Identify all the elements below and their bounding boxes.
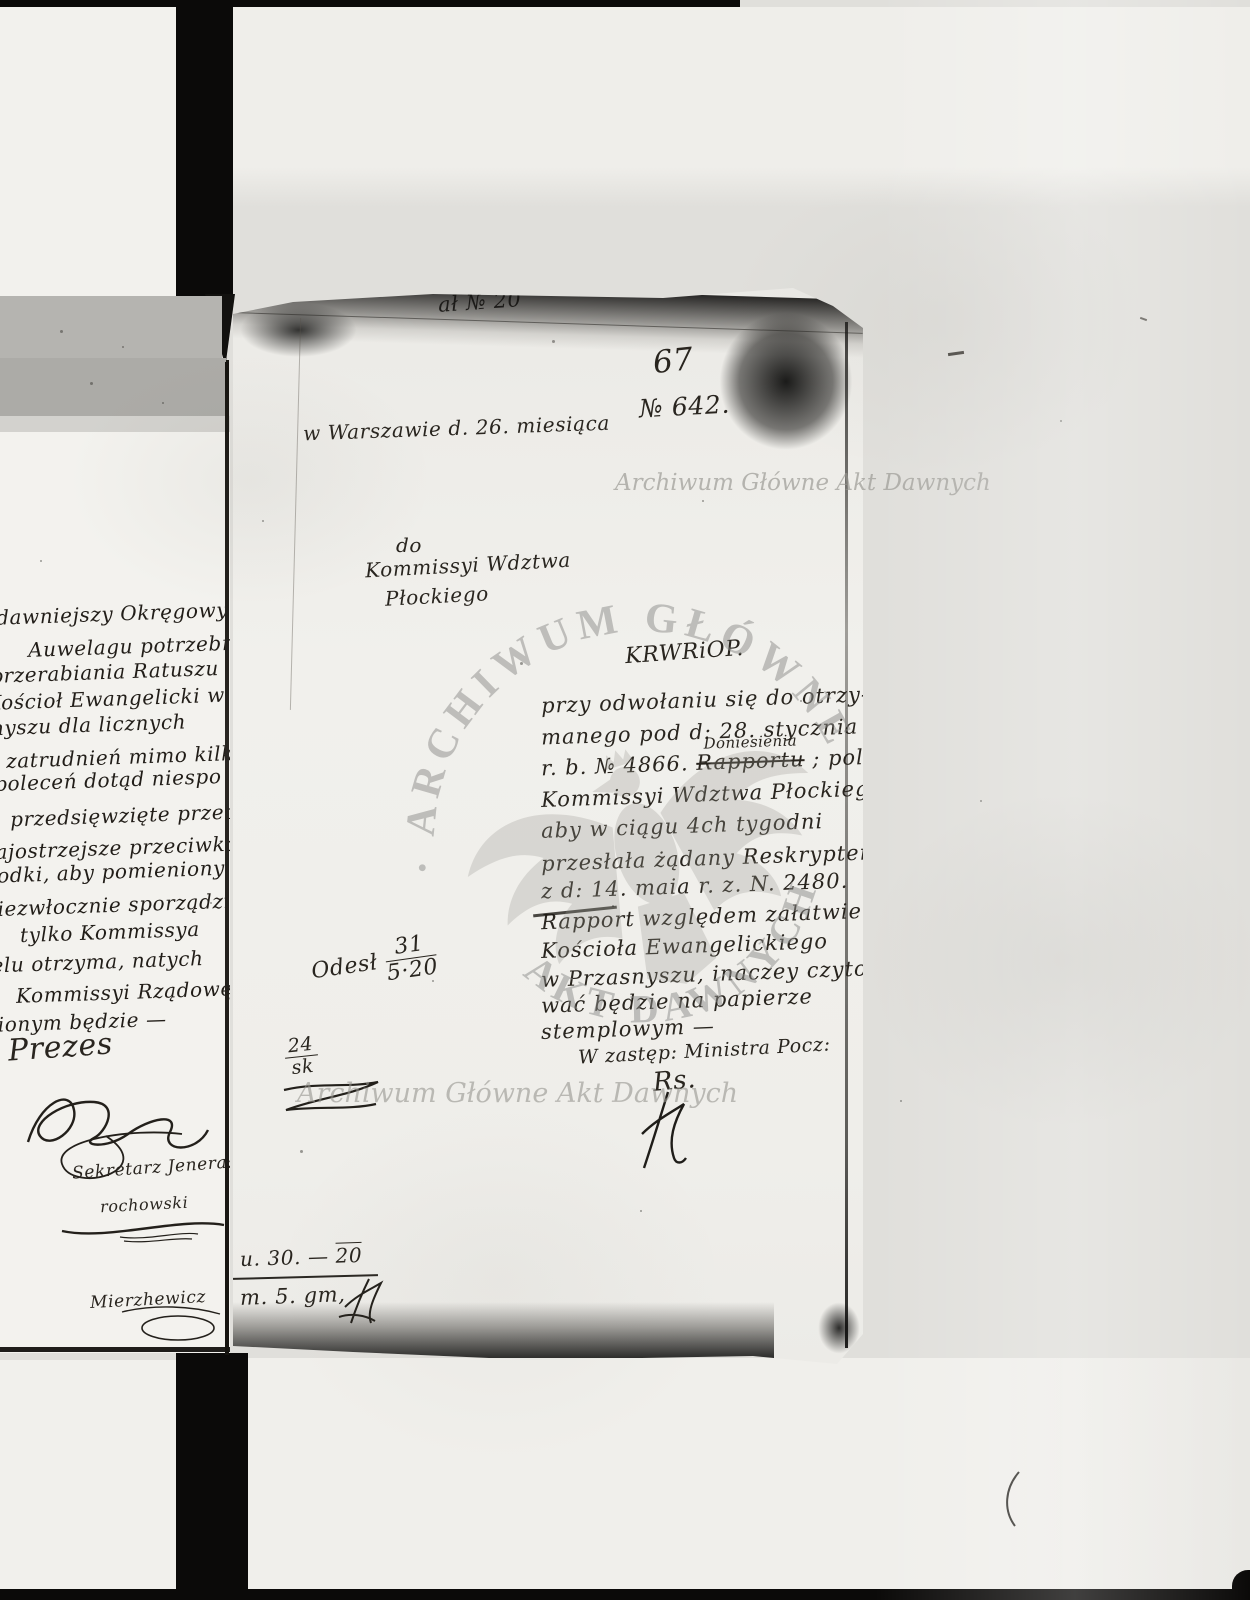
left-line: delu otrzyma, natych — [0, 946, 204, 978]
left-page: dawniejszy Okręgowy poleco— Auwelagu pot… — [0, 432, 230, 1353]
footer-paraph — [331, 1273, 393, 1329]
page-crease — [290, 318, 301, 710]
film-divider-bar-top — [176, 0, 233, 296]
left-line: tylko Kommissya — [20, 917, 201, 947]
film-top-white-band — [233, 7, 1250, 207]
clerk-signature-loop — [120, 1298, 225, 1343]
film-top-strip — [0, 0, 740, 7]
film-divider-bar-bottom — [176, 1353, 248, 1600]
left-line: snyszu dla licznych — [0, 709, 187, 740]
gray-band-transition — [0, 416, 230, 432]
footer1-pre: u. 30. — — [240, 1244, 329, 1271]
left-line: dawniejszy Okręgowy poleco— — [0, 594, 230, 629]
ref-note: 24sk — [283, 1034, 320, 1078]
film-dash-mark — [948, 351, 964, 356]
burn-bottom-right-blob — [813, 1296, 863, 1360]
president-title: Prezes — [7, 1026, 114, 1068]
microfilm-scan: dawniejszy Okręgowy poleco— Auwelagu pot… — [0, 0, 1250, 1600]
left-line: Kommissyi Rządowej — [16, 976, 230, 1008]
gray-band-lower — [0, 358, 226, 416]
doc-number: № 642. — [638, 390, 730, 424]
burn-bottom-band — [233, 1302, 774, 1358]
burn-top-right-blob — [701, 294, 863, 469]
dateline: w Warszawie d. 26. miesiąca — [303, 411, 611, 446]
film-bottom-left-white — [0, 1360, 176, 1590]
left-line: przedsięwzięte przeciw — [10, 799, 230, 832]
left-page-bottom-edge — [0, 1347, 230, 1352]
film-hook-mark — [995, 1470, 1025, 1530]
sent-label: Odesł — [310, 950, 379, 984]
film-bottom-white — [248, 1358, 1250, 1590]
address-to: do — [396, 533, 422, 557]
gray-band-upper — [0, 296, 222, 358]
footer-note-1: u. 30. — 20 — [240, 1243, 363, 1271]
film-top-left-white — [0, 7, 176, 298]
burn-top-left-blob — [233, 294, 376, 366]
film-tiny-mark — [1140, 317, 1147, 321]
footer-note-2: m. 5. gm, — [240, 1282, 346, 1310]
ref-den: sk — [285, 1055, 320, 1078]
eagle-icon — [445, 698, 857, 1035]
film-bottom-strip — [0, 1589, 1250, 1600]
page-gap-line — [225, 362, 229, 1355]
footer1-num: 20 — [335, 1242, 363, 1268]
folio-number: 67 — [651, 341, 695, 381]
secretary-flourish — [58, 1213, 230, 1245]
